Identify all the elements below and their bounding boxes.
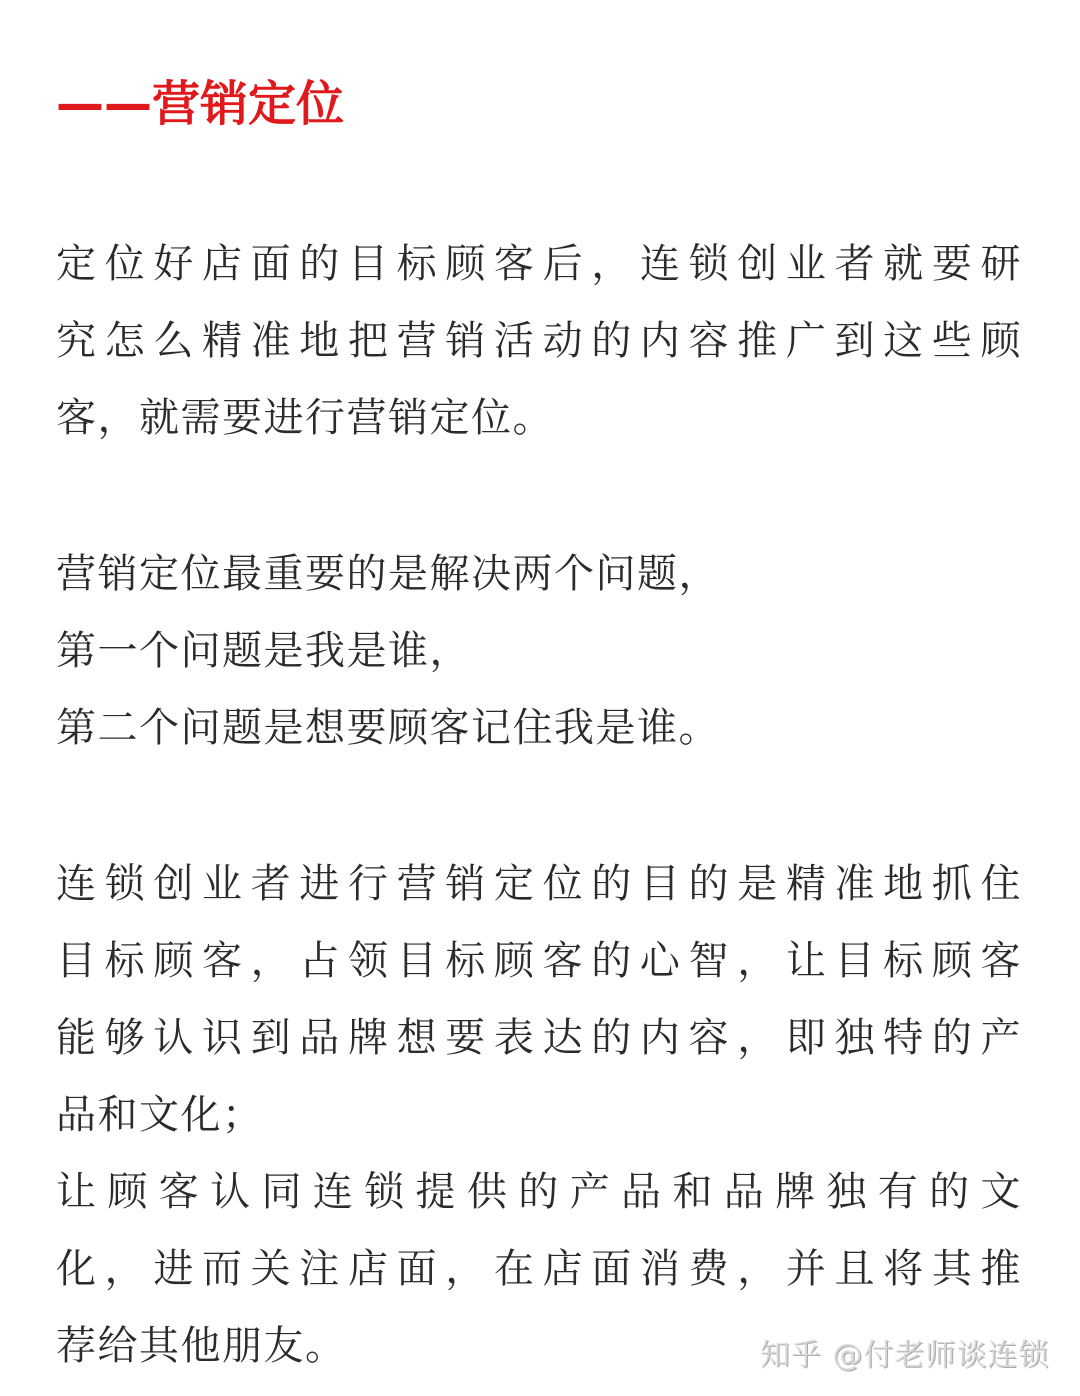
paragraph-2: 营销定位最重要的是解决两个问题， 第一个问题是我是谁， 第二个问题是想要顾客记住… [56,536,1022,767]
text-line: 第一个问题是我是谁， [56,613,1022,690]
text-line: 品和文化； [56,1077,1022,1154]
text-line: 究怎么精准地把营销活动的内容推广到这些顾 [56,303,1022,380]
watermark: 知乎 @付老师谈连锁 [760,1330,1050,1374]
paragraph-3: 连锁创业者进行营销定位的目的是精准地抓住 目标顾客，占领目标顾客的心智，让目标顾… [56,846,1022,1385]
text-line: 定位好店面的目标顾客后，连锁创业者就要研 [56,226,1022,303]
paragraph-1: 定位好店面的目标顾客后，连锁创业者就要研 究怎么精准地把营销活动的内容推广到这些… [56,226,1022,457]
section-title: ——营销定位 [56,74,344,134]
text-line: 连锁创业者进行营销定位的目的是精准地抓住 [56,846,1022,923]
text-line: 营销定位最重要的是解决两个问题， [56,536,1022,613]
text-line: 化，进而关注店面，在店面消费，并且将其推 [56,1231,1022,1308]
text-line: 让顾客认同连锁提供的产品和品牌独有的文 [56,1154,1022,1231]
text-line: 第二个问题是想要顾客记住我是谁。 [56,690,1022,767]
text-line: 能够认识到品牌想要表达的内容，即独特的产 [56,1000,1022,1077]
text-line: 目标顾客，占领目标顾客的心智，让目标顾客 [56,923,1022,1000]
text-line: 客，就需要进行营销定位。 [56,380,1022,457]
